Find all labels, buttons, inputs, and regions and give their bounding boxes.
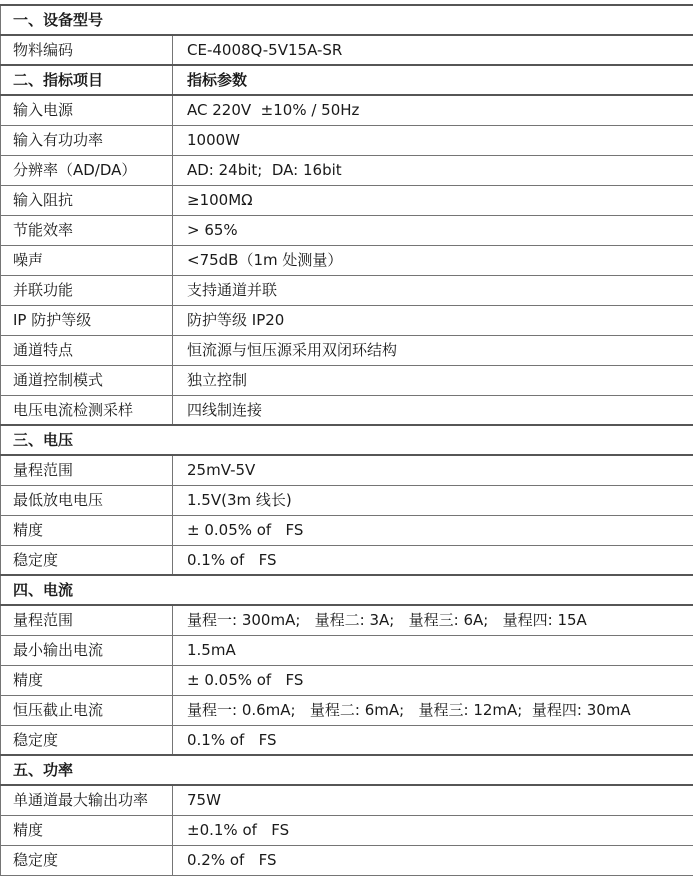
- spec-section-row: 一、设备型号: [1, 5, 693, 35]
- spec-value-cell: 独立控制: [173, 365, 693, 395]
- spec-data-row: 节能效率> 65%: [1, 215, 693, 245]
- spec-value-cell: ± 0.05% of FS: [173, 665, 693, 695]
- spec-value-cell: AD: 24bit; DA: 16bit: [173, 155, 693, 185]
- spec-value-cell: ≥100MΩ: [173, 185, 693, 215]
- spec-header-row: 二、指标项目指标参数: [1, 65, 693, 95]
- spec-section-row: 五、功率: [1, 755, 693, 785]
- spec-value-cell: <75dB（1m 处测量）: [173, 245, 693, 275]
- spec-value-cell: 恒流源与恒压源采用双闭环结构: [173, 335, 693, 365]
- spec-value-cell: 25mV-5V: [173, 455, 693, 485]
- spec-label-cell: 量程范围: [1, 605, 173, 635]
- spec-value-cell: 0.1% of FS: [173, 545, 693, 575]
- spec-value-cell: 量程一: 300mA; 量程二: 3A; 量程三: 6A; 量程四: 15A: [173, 605, 693, 635]
- spec-value-cell: 防护等级 IP20: [173, 305, 693, 335]
- spec-data-row: 稳定度0.2% of FS: [1, 845, 693, 875]
- spec-label-cell: 精度: [1, 515, 173, 545]
- spec-label-cell: 输入电源: [1, 95, 173, 125]
- spec-label-cell: 物料编码: [1, 35, 173, 65]
- spec-value-cell: 75W: [173, 785, 693, 815]
- spec-section-title: 五、功率: [1, 755, 693, 785]
- spec-data-row: 通道控制模式独立控制: [1, 365, 693, 395]
- spec-value-cell: AC 220V ±10% / 50Hz: [173, 95, 693, 125]
- spec-value-cell: 量程一: 0.6mA; 量程二: 6mA; 量程三: 12mA; 量程四: 30…: [173, 695, 693, 725]
- spec-data-row: 稳定度0.1% of FS: [1, 545, 693, 575]
- spec-label-cell: 最低放电电压: [1, 485, 173, 515]
- spec-value-cell: 1.5V(3m 线长): [173, 485, 693, 515]
- spec-value-cell: ±0.1% of FS: [173, 815, 693, 845]
- spec-value-cell: CE-4008Q-5V15A-SR: [173, 35, 693, 65]
- spec-label-cell: IP 防护等级: [1, 305, 173, 335]
- spec-label-cell: 二、指标项目: [1, 65, 173, 95]
- spec-label-cell: 噪声: [1, 245, 173, 275]
- spec-label-cell: 精度: [1, 815, 173, 845]
- spec-value-cell: ± 0.05% of FS: [173, 515, 693, 545]
- spec-label-cell: 单通道最大输出功率: [1, 785, 173, 815]
- spec-data-row: 精度± 0.05% of FS: [1, 665, 693, 695]
- spec-data-row: 噪声<75dB（1m 处测量）: [1, 245, 693, 275]
- spec-value-cell: 1000W: [173, 125, 693, 155]
- spec-section-row: 三、电压: [1, 425, 693, 455]
- spec-label-cell: 最小输出电流: [1, 635, 173, 665]
- spec-data-row: 量程范围量程一: 300mA; 量程二: 3A; 量程三: 6A; 量程四: 1…: [1, 605, 693, 635]
- spec-section-title: 一、设备型号: [1, 5, 693, 35]
- spec-label-cell: 电压电流检测采样: [1, 395, 173, 425]
- spec-label-cell: 量程范围: [1, 455, 173, 485]
- spec-data-row: 精度± 0.05% of FS: [1, 515, 693, 545]
- spec-data-row: 并联功能支持通道并联: [1, 275, 693, 305]
- spec-label-cell: 恒压截止电流: [1, 695, 173, 725]
- spec-label-cell: 通道特点: [1, 335, 173, 365]
- spec-label-cell: 稳定度: [1, 545, 173, 575]
- spec-data-row: 输入有功功率1000W: [1, 125, 693, 155]
- spec-label-cell: 并联功能: [1, 275, 173, 305]
- spec-sheet-page: 一、设备型号物料编码CE-4008Q-5V15A-SR二、指标项目指标参数输入电…: [0, 0, 693, 879]
- spec-data-row: 最低放电电压1.5V(3m 线长): [1, 485, 693, 515]
- spec-data-row: 稳定度0.1% of FS: [1, 725, 693, 755]
- spec-label-cell: 分辨率（AD/DA）: [1, 155, 173, 185]
- spec-table: 一、设备型号物料编码CE-4008Q-5V15A-SR二、指标项目指标参数输入电…: [0, 4, 693, 876]
- spec-data-row: 输入阻抗≥100MΩ: [1, 185, 693, 215]
- spec-value-cell: 支持通道并联: [173, 275, 693, 305]
- spec-label-cell: 节能效率: [1, 215, 173, 245]
- spec-section-row: 四、电流: [1, 575, 693, 605]
- spec-data-row: 物料编码CE-4008Q-5V15A-SR: [1, 35, 693, 65]
- spec-label-cell: 稳定度: [1, 725, 173, 755]
- spec-section-title: 三、电压: [1, 425, 693, 455]
- spec-data-row: IP 防护等级防护等级 IP20: [1, 305, 693, 335]
- spec-data-row: 通道特点恒流源与恒压源采用双闭环结构: [1, 335, 693, 365]
- spec-data-row: 输入电源AC 220V ±10% / 50Hz: [1, 95, 693, 125]
- spec-label-cell: 输入有功功率: [1, 125, 173, 155]
- spec-table-body: 一、设备型号物料编码CE-4008Q-5V15A-SR二、指标项目指标参数输入电…: [1, 5, 693, 875]
- spec-label-cell: 输入阻抗: [1, 185, 173, 215]
- spec-data-row: 精度±0.1% of FS: [1, 815, 693, 845]
- spec-label-cell: 通道控制模式: [1, 365, 173, 395]
- spec-data-row: 恒压截止电流量程一: 0.6mA; 量程二: 6mA; 量程三: 12mA; 量…: [1, 695, 693, 725]
- spec-value-cell: > 65%: [173, 215, 693, 245]
- spec-label-cell: 稳定度: [1, 845, 173, 875]
- spec-value-cell: 0.2% of FS: [173, 845, 693, 875]
- spec-value-cell: 0.1% of FS: [173, 725, 693, 755]
- spec-section-title: 四、电流: [1, 575, 693, 605]
- spec-data-row: 分辨率（AD/DA）AD: 24bit; DA: 16bit: [1, 155, 693, 185]
- spec-value-cell: 指标参数: [173, 65, 693, 95]
- spec-value-cell: 1.5mA: [173, 635, 693, 665]
- spec-data-row: 量程范围25mV-5V: [1, 455, 693, 485]
- spec-data-row: 单通道最大输出功率75W: [1, 785, 693, 815]
- spec-data-row: 电压电流检测采样四线制连接: [1, 395, 693, 425]
- spec-value-cell: 四线制连接: [173, 395, 693, 425]
- spec-data-row: 最小输出电流1.5mA: [1, 635, 693, 665]
- spec-label-cell: 精度: [1, 665, 173, 695]
